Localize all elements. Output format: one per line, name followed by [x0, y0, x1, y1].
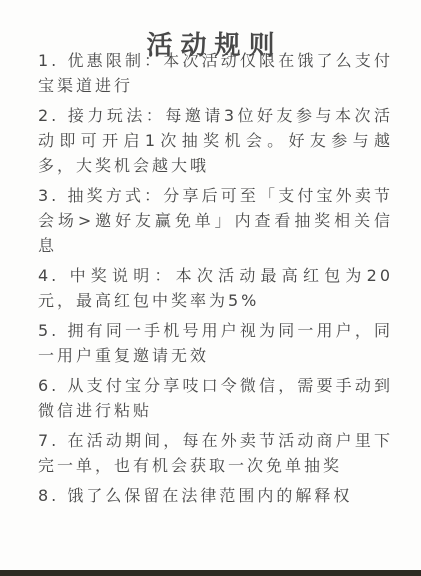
rule-item-3: 3. 抽奖方式：分享后可至「支付宝外卖节会场>邀好友赢免单」内查看抽奖相关信息: [38, 183, 393, 258]
rule-item-6: 6. 从支付宝分享吱口令微信，需要手动到微信进行粘贴: [38, 373, 393, 423]
page-title: 活动规则: [0, 0, 421, 38]
activity-rules-page: 活动规则 1. 优惠限制：本次活动仅限在饿了么支付宝渠道进行 2. 接力玩法：每…: [0, 0, 421, 576]
rule-item-5: 5. 拥有同一手机号用户视为同一用户，同一用户重复邀请无效: [38, 318, 393, 368]
rules-list: 1. 优惠限制：本次活动仅限在饿了么支付宝渠道进行 2. 接力玩法：每邀请3位好…: [0, 38, 421, 508]
bottom-edge-bar: [0, 570, 421, 576]
rule-item-2: 2. 接力玩法：每邀请3位好友参与本次活动即可开启1次抽奖机会。好友参与越多，大…: [38, 103, 393, 178]
rule-item-1: 1. 优惠限制：本次活动仅限在饿了么支付宝渠道进行: [38, 48, 393, 98]
rule-item-8: 8. 饿了么保留在法律范围内的解释权: [38, 483, 393, 508]
rule-item-4: 4. 中奖说明：本次活动最高红包为20元，最高红包中奖率为5%: [38, 263, 393, 313]
rule-item-7: 7. 在活动期间，每在外卖节活动商户里下完一单，也有机会获取一次免单抽奖: [38, 428, 393, 478]
